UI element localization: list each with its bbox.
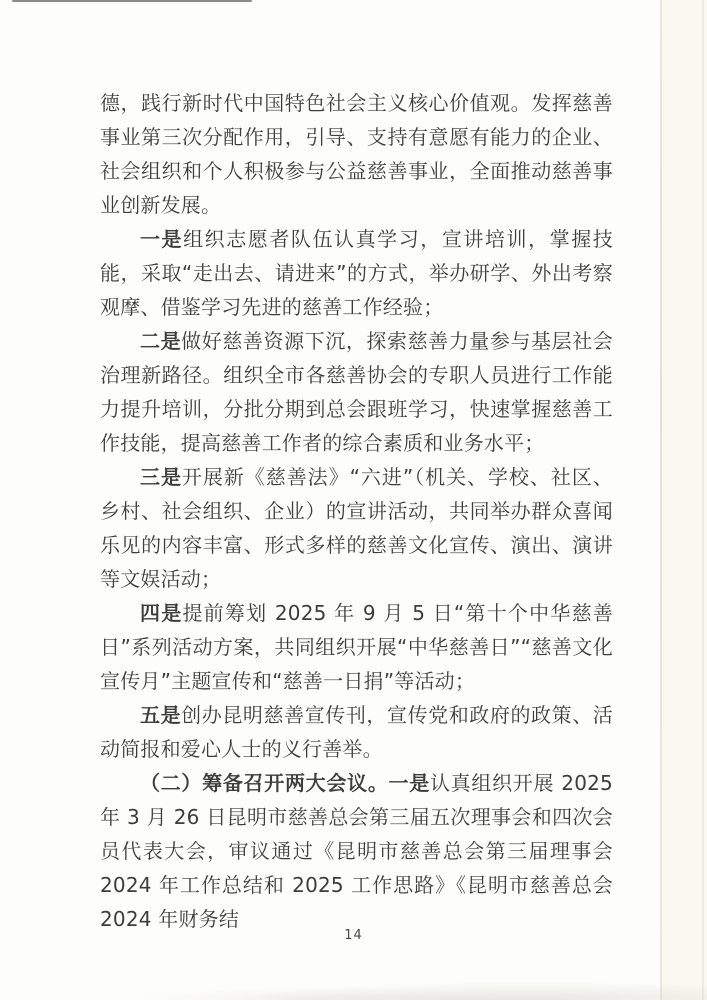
scan-top-streak-artifact [12, 0, 252, 2]
paragraph-lead: （二）筹备召开两大会议。一是 [140, 771, 430, 795]
paragraph-item-2: 二是做好慈善资源下沉，探索慈善力量参与基层社会治理新路径。组织全市各慈善协会的专… [100, 324, 613, 460]
scan-bottom-shadow-artifact [0, 972, 707, 1000]
paragraph-continuation: 德，践行新时代中国特色社会主义核心价值观。发挥慈善事业第三次分配作用，引导、支持… [100, 86, 613, 222]
document-body: 德，践行新时代中国特色社会主义核心价值观。发挥慈善事业第三次分配作用，引导、支持… [100, 86, 613, 936]
scan-fold-line [660, 0, 662, 1000]
document-page: 德，践行新时代中国特色社会主义核心价值观。发挥慈善事业第三次分配作用，引导、支持… [0, 0, 707, 1000]
paragraph-item-1: 一是组织志愿者队伍认真学习，宣讲培训，掌握技能，采取“走出去、请进来”的方式，举… [100, 222, 613, 324]
paragraph-lead: 三是 [140, 465, 182, 489]
paragraph-item-4: 四是提前筹划 2025 年 9 月 5 日“第十个中华慈善日”系列活动方案，共同… [100, 596, 613, 698]
paragraph-item-3: 三是开展新《慈善法》“六进”（机关、学校、社区、乡村、社会组织、企业）的宣讲活动… [100, 460, 613, 596]
paragraph-section-2: （二）筹备召开两大会议。一是认真组织开展 2025 年 3 月 26 日昆明市慈… [100, 766, 613, 936]
paragraph-item-5: 五是创办昆明慈善宣传刊，宣传党和政府的政策、活动简报和爱心人士的义行善举。 [100, 698, 613, 766]
paragraph-text: 德，践行新时代中国特色社会主义核心价值观。发挥慈善事业第三次分配作用，引导、支持… [100, 91, 613, 217]
scan-page-edge-line [702, 0, 704, 1000]
paragraph-lead: 二是 [140, 329, 181, 353]
paragraph-lead: 五是 [140, 703, 181, 727]
page-number: 14 [0, 928, 707, 943]
paragraph-text: 认真组织开展 2025 年 3 月 26 日昆明市慈善总会第三届五次理事会和四次… [100, 771, 613, 931]
paragraph-lead: 一是 [140, 227, 183, 251]
paragraph-lead: 四是 [140, 601, 182, 625]
scan-right-edge-band [662, 0, 707, 1000]
